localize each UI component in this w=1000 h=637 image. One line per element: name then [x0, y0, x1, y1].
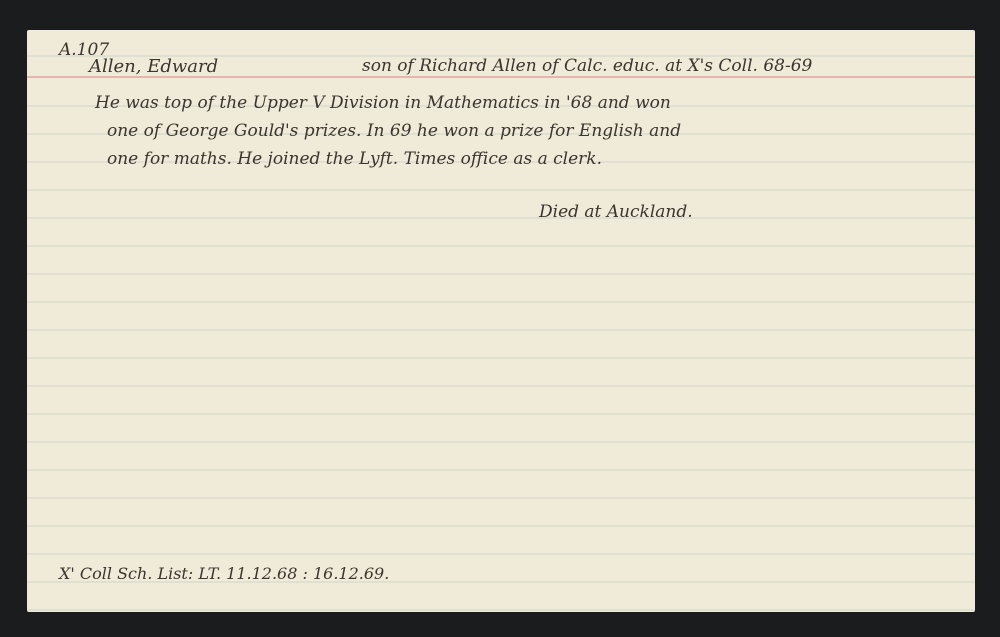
body-line: He was top of the Upper V Division in Ma… — [95, 93, 671, 113]
body-line: one of George Gould's prizes. In 69 he w… — [107, 121, 681, 141]
index-card: A.107 Allen, Edward son of Richard Allen… — [27, 30, 975, 612]
body-line: one for maths. He joined the Lyft. Times… — [107, 149, 602, 169]
person-name: Allen, Edward — [89, 56, 218, 77]
death-note: Died at Auckland. — [539, 202, 693, 222]
parentage-education: son of Richard Allen of Calc. educ. at X… — [362, 56, 812, 76]
school-list-footer: X' Coll Sch. List: LT. 11.12.68 : 16.12.… — [59, 564, 389, 583]
